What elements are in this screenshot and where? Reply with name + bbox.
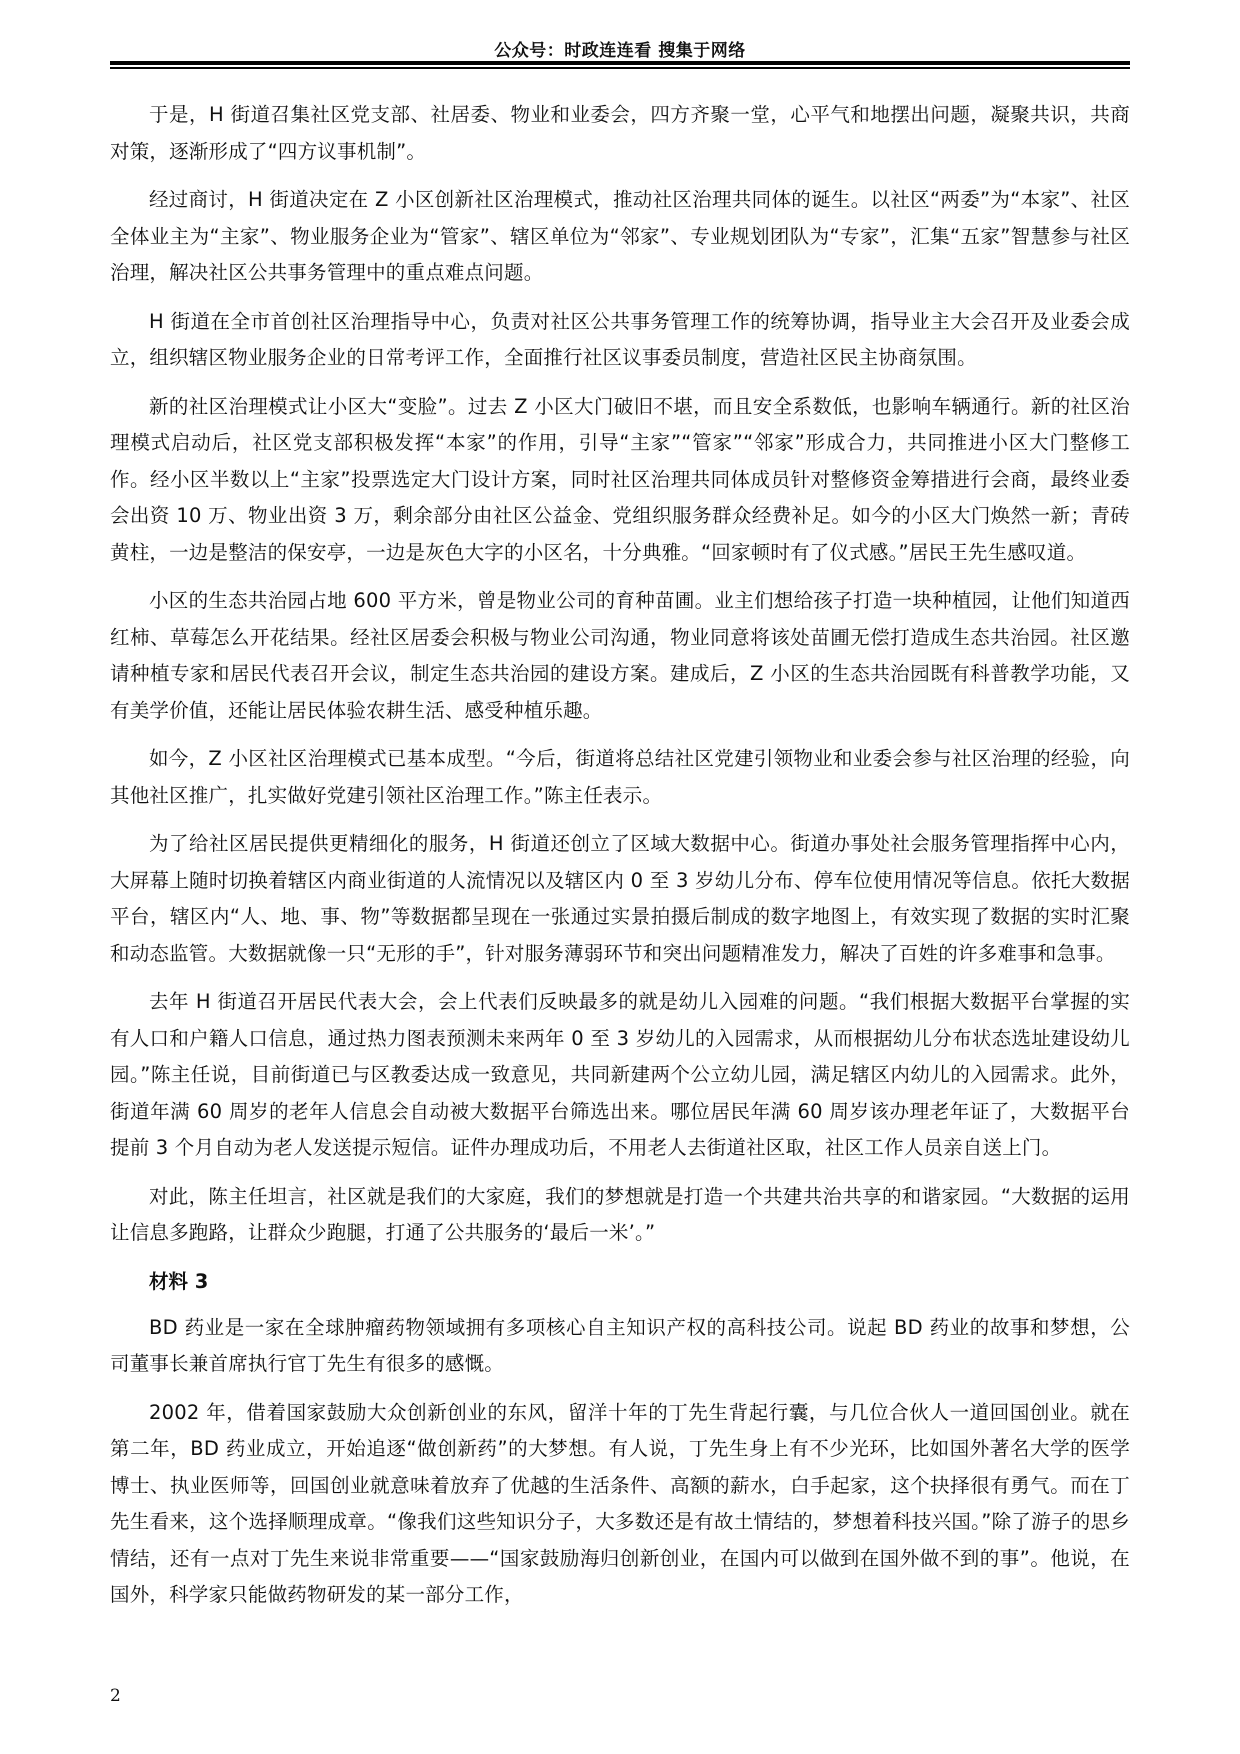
paragraph: 新的社区治理模式让小区大“变脸”。过去 Z 小区大门破旧不堪，而且安全系数低，也… bbox=[110, 389, 1130, 572]
paragraph: 于是，H 街道召集社区党支部、社居委、物业和业委会，四方齐聚一堂，心平气和地摆出… bbox=[110, 97, 1130, 170]
document-body: 于是，H 街道召集社区党支部、社居委、物业和业委会，四方齐聚一堂，心平气和地摆出… bbox=[110, 97, 1130, 1626]
paragraph: 小区的生态共治园占地 600 平方米，曾是物业公司的育种苗圃。业主们想给孩子打造… bbox=[110, 583, 1130, 729]
paragraph: 如今，Z 小区社区治理模式已基本成型。“今后，街道将总结社区党建引领物业和业委会… bbox=[110, 741, 1130, 814]
page-number: 2 bbox=[110, 1686, 121, 1706]
paragraph: 为了给社区居民提供更精细化的服务，H 街道还创立了区域大数据中心。街道办事处社会… bbox=[110, 826, 1130, 972]
paragraph: BD 药业是一家在全球肿瘤药物领域拥有多项核心自主知识产权的高科技公司。说起 B… bbox=[110, 1310, 1130, 1383]
header-rule-thick bbox=[110, 61, 1130, 65]
paragraph: 经过商讨，H 街道决定在 Z 小区创新社区治理模式，推动社区治理共同体的诞生。以… bbox=[110, 182, 1130, 292]
paragraph: 对此，陈主任坦言，社区就是我们的大家庭，我们的梦想就是打造一个共建共治共享的和谐… bbox=[110, 1179, 1130, 1252]
paragraph: 2002 年，借着国家鼓励大众创新创业的东风，留洋十年的丁先生背起行囊，与几位合… bbox=[110, 1395, 1130, 1614]
section-heading: 材料 3 bbox=[110, 1264, 1130, 1300]
paragraph: H 街道在全市首创社区治理指导中心，负责对社区公共事务管理工作的统筹协调，指导业… bbox=[110, 304, 1130, 377]
paragraph: 去年 H 街道召开居民代表大会，会上代表们反映最多的就是幼儿入园难的问题。“我们… bbox=[110, 984, 1130, 1167]
page-header-title: 公众号：时政连连看 搜集于网络 bbox=[110, 36, 1130, 61]
header-rule-thin bbox=[110, 67, 1130, 69]
